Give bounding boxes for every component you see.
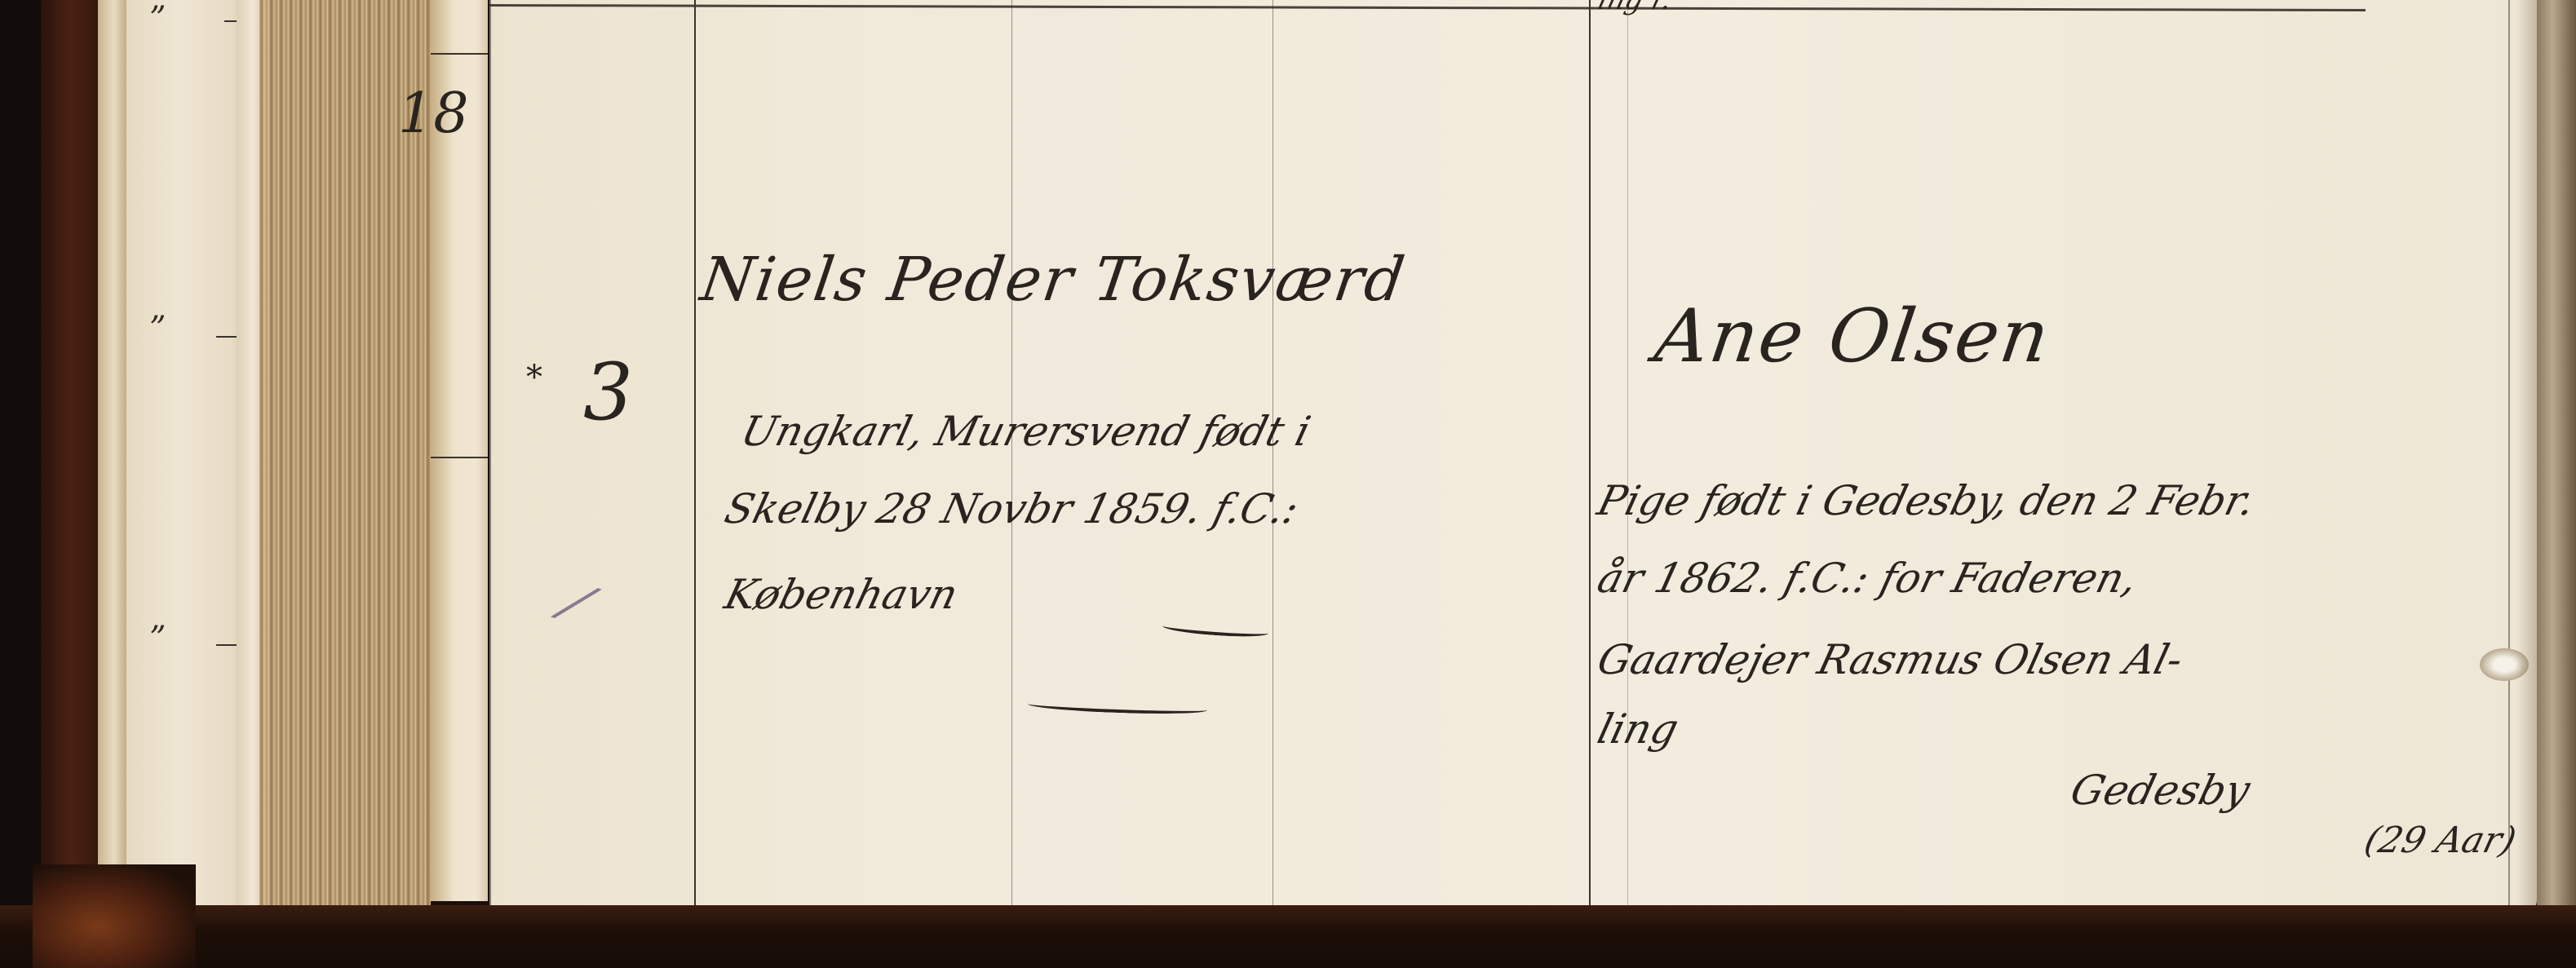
groom-name: Niels Peder Toksværd — [697, 245, 1410, 315]
year-fragment: 18 — [398, 82, 469, 146]
entry-number: 3 — [583, 347, 633, 438]
book-cover-shadow — [0, 0, 41, 968]
bride-age: (29 Aar) — [2361, 820, 2521, 861]
header-fragment: ing r. — [1595, 0, 1675, 16]
leather-binding-bottom — [0, 905, 2576, 968]
bride-line-2: år 1862. f.C.: for Faderen, — [1593, 555, 2143, 602]
ditto-mark: ” — [149, 310, 166, 347]
entry-asterisk: * — [526, 359, 542, 396]
ditto-mark: ” — [149, 0, 166, 38]
groom-line-1: Ungkarl, Murersvend født i — [737, 408, 1316, 455]
column-line-right — [2508, 0, 2510, 912]
ruled-line — [431, 457, 488, 458]
bride-line-3: Gaardejer Rasmus Olsen Al- — [1593, 636, 2188, 683]
page-edge — [98, 0, 131, 913]
bride-line-4: ling — [1593, 705, 1684, 753]
column-line-number — [694, 0, 696, 912]
column-line-margin — [489, 0, 491, 912]
faint-guide-line — [1627, 0, 1628, 912]
leather-corner — [33, 864, 196, 968]
faint-guide-line — [1011, 0, 1012, 912]
column-line-groom-bride — [1589, 0, 1591, 912]
bride-name: Ane Olsen — [1650, 294, 2056, 379]
right-page-edge — [2537, 0, 2576, 968]
faint-guide-line — [1273, 0, 1273, 912]
ruled-line — [431, 53, 488, 55]
ditto-mark: ” — [149, 620, 166, 657]
groom-line-3: København — [720, 571, 963, 618]
previous-page-edge: 18 — [431, 0, 488, 901]
bride-line-1: Pige født i Gedesby, den 2 Febr. — [1593, 477, 2260, 524]
groom-line-2: Skelby 28 Novbr 1859. f.C.: — [720, 485, 1303, 533]
bride-residence: Gedesby — [2066, 767, 2255, 814]
